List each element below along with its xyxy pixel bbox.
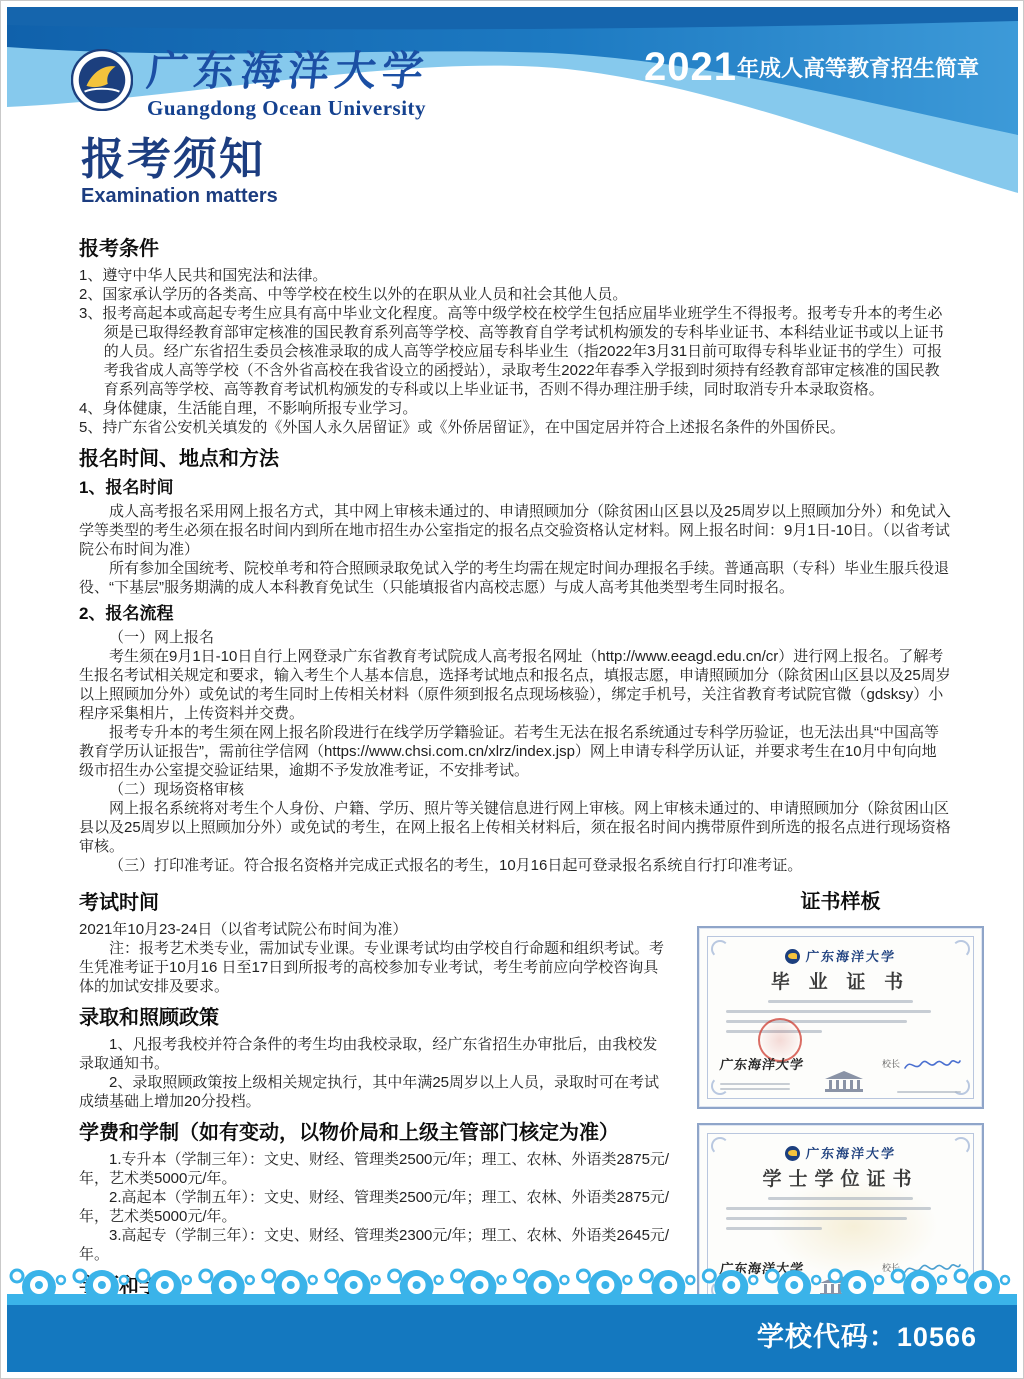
certificate-university-name: 广东海洋大学	[805, 947, 897, 966]
condition-item: 5、持广东省公安机关填发的《外国人永久居留证》或《外侨居留证》，在中国定居并符合…	[79, 418, 951, 437]
certificate-text-line	[720, 1083, 790, 1085]
university-seal-icon	[785, 949, 800, 964]
paragraph: 2021年10月23-24日（以省考试院公布时间为准）	[79, 920, 671, 939]
condition-item: 1、遵守中华人民共和国宪法和法律。	[79, 266, 951, 285]
page-title-en: Examination matters	[81, 185, 278, 208]
paragraph: （一）网上报名	[79, 628, 951, 647]
paragraph: （三）打印准考证。符合报名资格并完成正式报名的考生，10月16日起可登录报名系统…	[79, 856, 951, 875]
section-heading: 考试时间	[79, 891, 671, 915]
certificate-text-line	[726, 1020, 907, 1023]
certificate-date-line	[897, 1091, 961, 1093]
corner-flourish-icon	[952, 940, 970, 958]
section-exam-time: 考试时间 2021年10月23-24日（以省考试院公布时间为准） 注：报考艺术类…	[79, 891, 671, 996]
corner-flourish-icon	[711, 1137, 729, 1155]
condition-item: 2、国家承认学历的各类高、中等学校在校生以外的在职从业人员和社会其他人员。	[79, 285, 951, 304]
paragraph: 网上报名系统将对考生个人身份、户籍、学历、照片等关键信息进行网上审核。网上审核未…	[79, 799, 951, 856]
building-icon	[821, 1071, 867, 1093]
certificate-header: 广东海洋大学	[720, 1144, 961, 1163]
paragraph: 考生须在9月1日-10日自行上网登录广东省教育考试院成人高考报名网址（http:…	[79, 647, 951, 723]
subsection-heading: 2、报名流程	[79, 603, 951, 624]
certificate-text-line	[726, 1227, 822, 1230]
certificate-footer-row	[720, 1071, 961, 1093]
wave-pattern-decoration	[7, 1260, 1017, 1306]
certificate-university-name: 广东海洋大学	[805, 1144, 897, 1163]
subsection-heading: 1、报名时间	[79, 477, 951, 498]
certificate-number-lines	[720, 1080, 790, 1093]
diploma-title: 毕 业 证 书	[720, 973, 961, 992]
certificate-samples-heading: 证书样板	[697, 893, 984, 912]
diploma-certificate-frame: 广东海洋大学 毕 业 证 书 广东海洋大学 校长	[707, 936, 974, 1099]
certificate-text-line	[720, 1088, 790, 1090]
banner-year: 2021	[644, 45, 737, 89]
certificate-text-line	[726, 1217, 907, 1220]
certificate-header: 广东海洋大学	[720, 947, 961, 966]
university-name: 广东海洋大学 Guangdong Ocean University	[147, 49, 429, 121]
paragraph: 注：报考艺术类专业，需加试专业课。专业课考试均由学校自行命题和组织考试。考生凭准…	[79, 939, 671, 996]
school-code: 学校代码：10566	[757, 1315, 977, 1354]
paragraph: 成人高考报名采用网上报名方式，其中网上审核未通过的、申请照顾加分（除贫困山区县以…	[79, 502, 951, 559]
page-footer: 学校代码：10566	[7, 1260, 1017, 1372]
paragraph: 2、录取照顾政策按上级相关规定执行，其中年满25周岁以上人员，录取时可在考试成绩…	[79, 1073, 671, 1111]
section-heading: 录取和照顾政策	[79, 1006, 671, 1030]
page-header: 广东海洋大学 Guangdong Ocean University 2021年成…	[1, 1, 1023, 213]
condition-item: 3、报考高起本或高起专考生应具有高中毕业文化程度。高等中级学校在校学生包括应届毕…	[79, 304, 951, 399]
section-heading: 学费和学制（如有变动，以物价局和上级主管部门核定为准）	[79, 1121, 671, 1145]
paragraph: 2.高起本（学制五年）：文史、财经、管理类2500元/年；理工、农林、外语类28…	[79, 1188, 671, 1226]
paragraph: 3.高起专（学制三年）：文史、财经、管理类2300元/年；理工、农林、外语类26…	[79, 1226, 671, 1264]
paragraph: （二）现场资格审核	[79, 780, 951, 799]
university-logo-icon	[71, 49, 133, 111]
condition-item: 4、身体健康，生活能自理，不影响所报专业学习。	[79, 399, 951, 418]
section-registration: 报名时间、地点和方法 1、报名时间 成人高考报名采用网上报名方式，其中网上审核未…	[79, 447, 951, 875]
corner-flourish-icon	[711, 940, 729, 958]
certificate-text-line	[726, 1207, 931, 1210]
page-title: 报考须知	[81, 137, 278, 183]
brochure-page: 广东海洋大学 Guangdong Ocean University 2021年成…	[0, 0, 1024, 1379]
certificate-text-line	[768, 1000, 913, 1003]
paragraph: 1.专升本（学制三年）：文史、财经、管理类2500元/年；理工、农林、外语类28…	[79, 1150, 671, 1188]
university-name-cn: 广东海洋大学	[145, 49, 432, 94]
certificate-text-line	[726, 1010, 931, 1013]
section-exam-conditions: 报考条件 1、遵守中华人民共和国宪法和法律。 2、国家承认学历的各类高、中等学校…	[79, 237, 951, 437]
section-admission-policy: 录取和照顾政策 1、凡报考我校并符合条件的考生均由我校录取，经广东省招生办审批后…	[79, 1006, 671, 1111]
certificate-text-line	[768, 1197, 913, 1200]
main-content: 报考条件 1、遵守中华人民共和国宪法和法律。 2、国家承认学历的各类高、中等学校…	[1, 213, 1023, 1360]
paragraph: 报考专升本的考生须在网上报名阶段进行在线学历学籍验证。若考生无法在报名系统通过专…	[79, 723, 951, 780]
bachelor-degree-title: 学士学位证书	[720, 1170, 961, 1189]
diploma-certificate-image: 广东海洋大学 毕 业 证 书 广东海洋大学 校长	[697, 926, 984, 1109]
university-seal-icon	[785, 1146, 800, 1161]
university-logo-block: 广东海洋大学 Guangdong Ocean University	[71, 49, 429, 121]
section-heading: 报名时间、地点和方法	[79, 447, 951, 471]
university-name-en: Guangdong Ocean University	[147, 96, 429, 121]
banner-title-text: 年成人高等教育招生简章	[737, 56, 979, 81]
paragraph: 所有参加全国统考、院校单考和符合照顾录取免试入学的考生均需在规定时间办理报名手续…	[79, 559, 951, 597]
banner-title: 2021年成人高等教育招生简章	[644, 45, 979, 90]
section-heading: 报考条件	[79, 237, 951, 261]
page-title-block: 报考须知 Examination matters	[81, 137, 278, 208]
section-tuition: 学费和学制（如有变动，以物价局和上级主管部门核定为准） 1.专升本（学制三年）：…	[79, 1121, 671, 1264]
corner-flourish-icon	[952, 1137, 970, 1155]
paragraph: 1、凡报考我校并符合条件的考生均由我校录取，经广东省招生办审批后，由我校发录取通…	[79, 1035, 671, 1073]
